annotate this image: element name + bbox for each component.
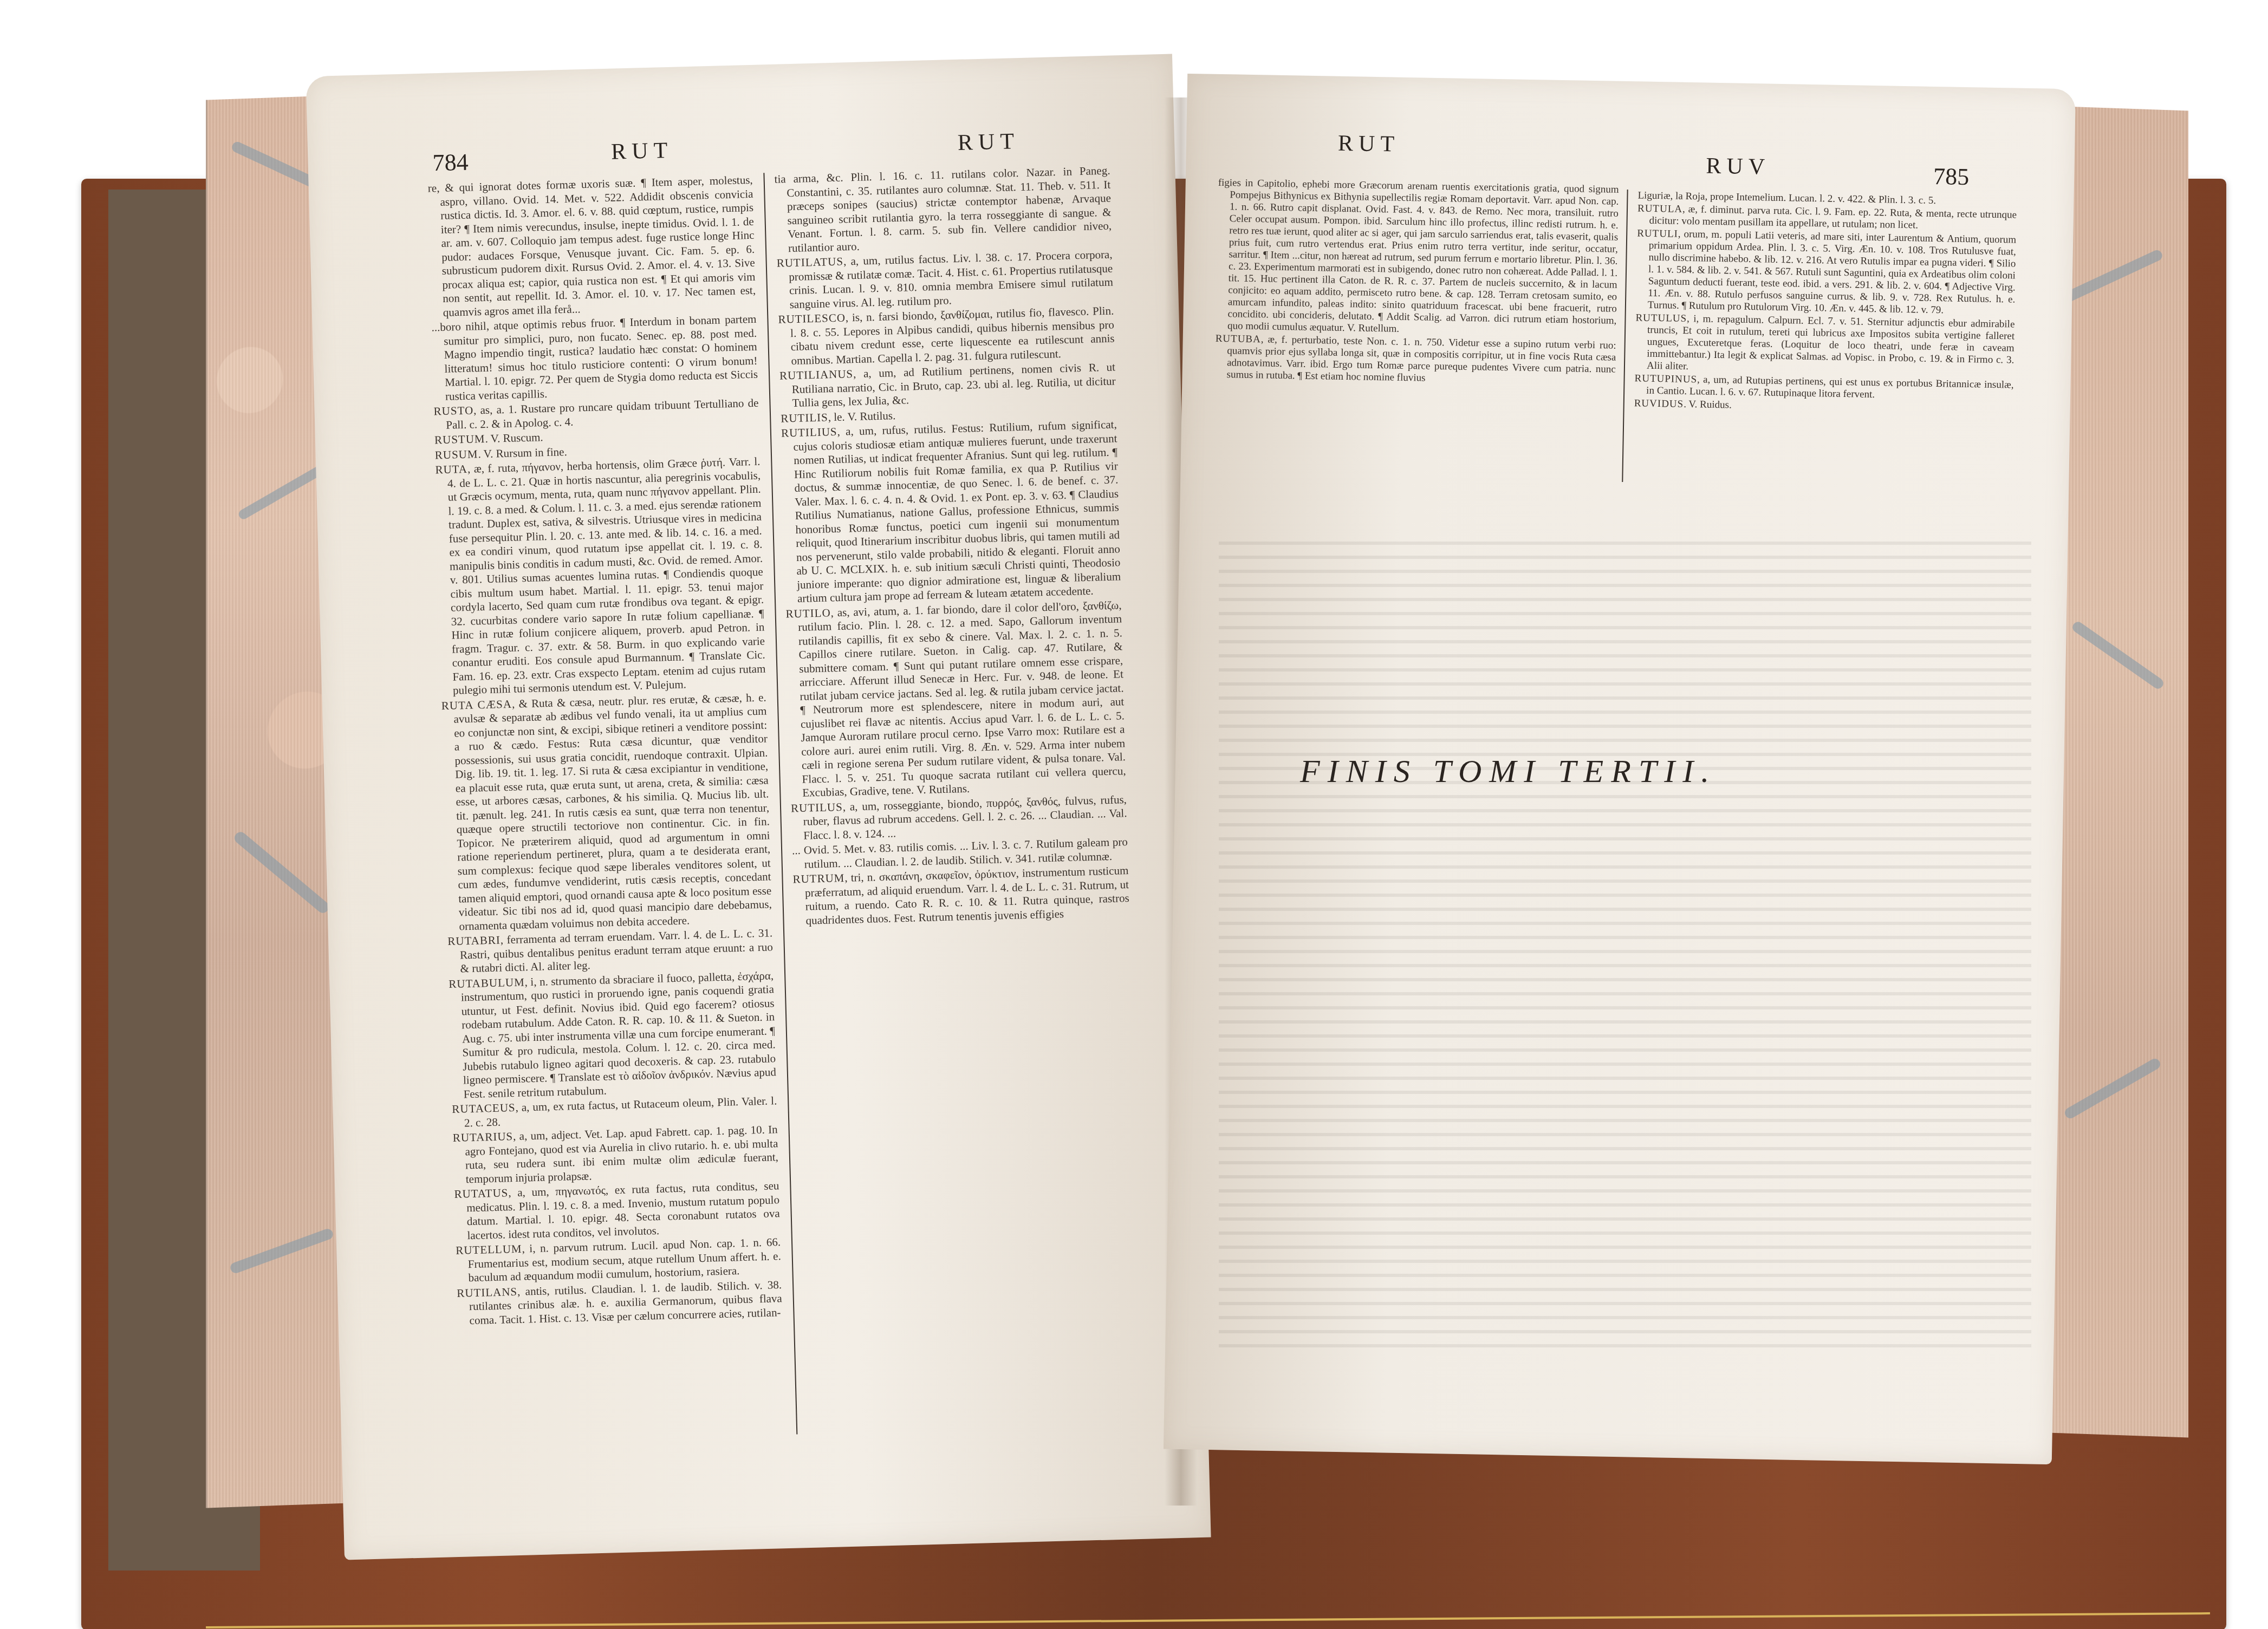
entry-rutilius: RUTILIUS, a, um, rufus, rutilus. Festus:… bbox=[781, 418, 1121, 606]
left-page: 784 RUT RUT re, & qui ignorat dotes form… bbox=[306, 54, 1211, 1560]
entry: tia arma, &c. Plin. l. 16. c. 11. rutila… bbox=[774, 164, 1112, 256]
entry-rutabri: RUTABRI, ferramenta ad terram eruendam. … bbox=[447, 926, 774, 976]
running-head: RUT bbox=[957, 128, 1019, 156]
dictionary-column-2: Liguriæ, la Roja, prope Intemelium. Luca… bbox=[1634, 190, 2017, 417]
running-head: RUT bbox=[611, 138, 673, 165]
entry-rutilus: RUTILUS, a, um, rosseggiante, biondo, πυ… bbox=[791, 793, 1128, 843]
entry-rutilesco: RUTILESCO, is, n. farsi biondo, ξανθίζομ… bbox=[778, 304, 1115, 368]
entry-rutilianus: RUTILIANUS, a, um, ad Rutilium pertinens… bbox=[779, 360, 1116, 410]
entry-rutilo: RUTILO, as, avi, atum, a. 1. far biondo,… bbox=[785, 598, 1126, 800]
entry: ...boro nihil, atque optimis rebus fruor… bbox=[431, 312, 758, 404]
entry-rutabulum: RUTABULUM, i, n. strumento da sbraciare … bbox=[449, 969, 777, 1102]
page-number-right: 785 bbox=[1933, 162, 1970, 191]
entry-rutuba: RUTUBA, æ, f. perturbatio, teste Non. c.… bbox=[1214, 333, 1616, 388]
entry: figies in Capitolio, ephebi more Græcoru… bbox=[1216, 177, 1619, 339]
entry-rutilans: RUTILANS, antis, rutilus. Claudian. l. 1… bbox=[457, 1278, 783, 1328]
entry-rutarius: RUTARIUS, a, um, adject. Vet. Lap. apud … bbox=[452, 1123, 778, 1187]
page-number-left: 784 bbox=[432, 148, 469, 177]
entry-rutulus: RUTULUS, i, m. repagulum. Calpurn. Ecl. … bbox=[1635, 312, 2015, 378]
column-rule bbox=[1622, 190, 1628, 482]
entry-ruta-caesa: RUTA CÆSA, & Ruta & cæsa, neutr. plur. r… bbox=[441, 690, 772, 934]
entry: re, & qui ignorat dotes formæ uxoris suæ… bbox=[428, 173, 756, 320]
entry-rutuli: RUTULI, orum, m. populi Latii veteris, a… bbox=[1636, 227, 2017, 317]
dictionary-column-1: re, & qui ignorat dotes formæ uxoris suæ… bbox=[428, 173, 783, 1329]
show-through-text bbox=[1219, 542, 2031, 1354]
entry-rutrum: RUTRUM, tri, n. σκαπάνη, σκαφεῖον, ὀρύκτ… bbox=[792, 864, 1129, 928]
dictionary-column-1: figies in Capitolio, ephebi more Græcoru… bbox=[1214, 177, 1619, 389]
colophon-finis: FINIS TOMI TERTII. bbox=[1300, 753, 1717, 790]
dictionary-column-2: tia arma, &c. Plin. l. 16. c. 11. rutila… bbox=[774, 164, 1129, 929]
entry-rutatus: RUTATUS, a, um, πηγανωτός, ex ruta factu… bbox=[454, 1179, 780, 1243]
entry-ruta: RUTA, æ, f. ruta, πήγανον, herba hortens… bbox=[435, 455, 766, 698]
entry-rutilatus: RUTILATUS, a, um, rutilus factus. Liv. l… bbox=[776, 248, 1113, 312]
entry-rutellum: RUTELLUM, i, n. parvum rutrum. Lucil. ap… bbox=[456, 1235, 782, 1285]
running-head: RUV bbox=[1706, 153, 1771, 180]
running-head: RUT bbox=[1338, 131, 1400, 158]
